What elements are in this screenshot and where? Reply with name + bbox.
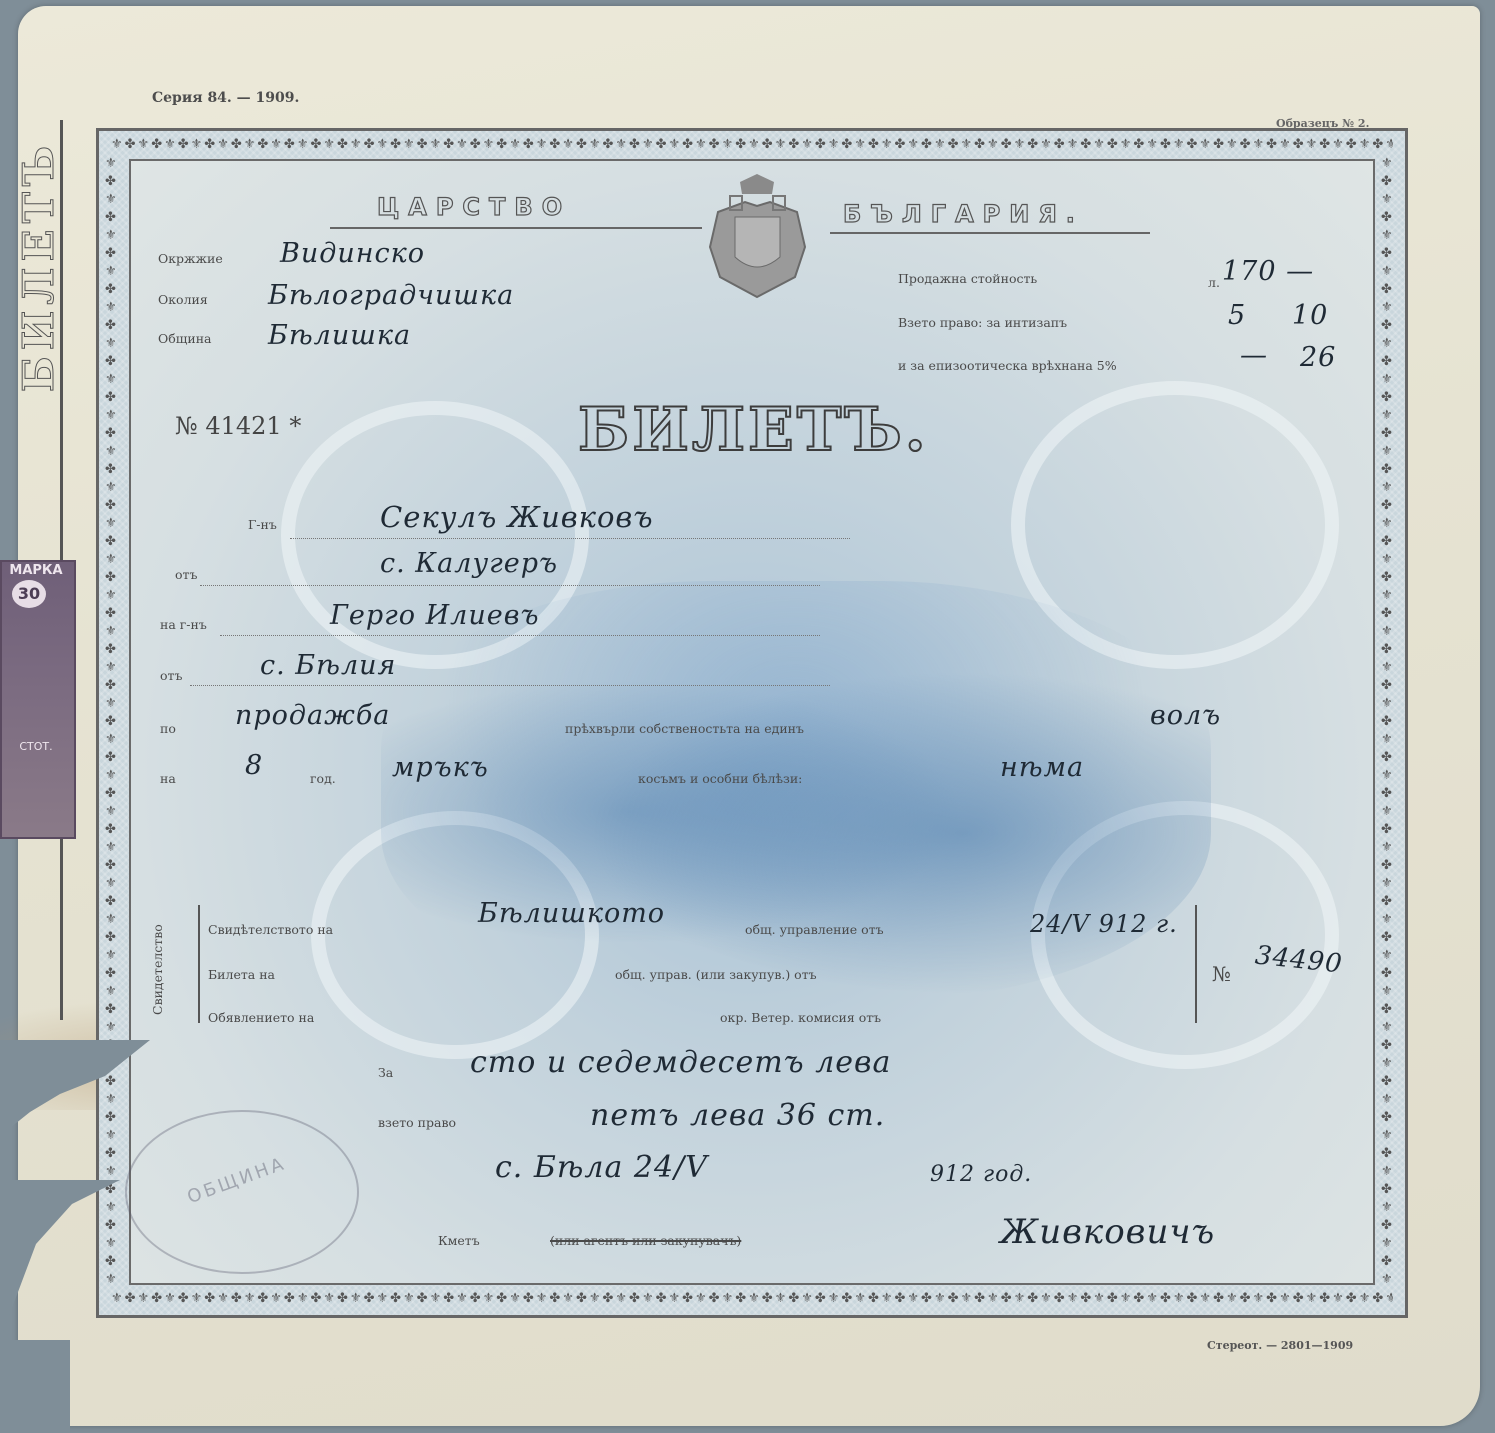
vet-fee-stotinki: 26: [1300, 342, 1336, 373]
buyer-line: [220, 635, 820, 636]
vet-fee-label: и за епизоотическа врѣхнана 5%: [898, 358, 1117, 373]
municipality-value: Бѣлишка: [268, 320, 411, 351]
engraved-livestock-scene: [381, 581, 1211, 1001]
sale-value-unit: л.: [1208, 275, 1220, 290]
hair-label: косъмъ и особни бѣлѣзи:: [638, 771, 802, 786]
cert-row3-label: Обявлението на: [208, 1010, 314, 1025]
vet-fee-leva: —: [1240, 340, 1268, 371]
place-date-year: 912 год.: [930, 1162, 1032, 1187]
coat-of-arms-icon: [700, 172, 815, 302]
age-unit: год.: [310, 771, 336, 786]
cert-bracket: [198, 905, 200, 1023]
cert-row2-label: Билета на: [208, 967, 275, 982]
title-rule-left: [330, 227, 702, 229]
color-value: мръкъ: [392, 752, 489, 783]
stereotype-label: Стереот. — 2801—1909: [1207, 1339, 1353, 1352]
mayor-label: Кметъ: [438, 1233, 480, 1248]
document-title: БИЛЕТЪ.: [578, 395, 929, 465]
from-label-1: отъ: [175, 567, 197, 582]
payment-for-label: За: [378, 1065, 393, 1080]
buyer-label: на г-нъ: [160, 617, 207, 632]
fee-stotinki: 10: [1292, 300, 1328, 331]
sale-value-label: Продажна стойность: [898, 271, 1037, 286]
payment-fee-label: взето право: [378, 1115, 456, 1130]
cert-row1-value: Бѣлишкото: [478, 898, 665, 929]
mayor-signature: Живковичъ: [1000, 1212, 1215, 1252]
ornamental-border-bottom: ⚜✤⚜✤⚜✤⚜✤⚜✤⚜✤⚜✤⚜✤⚜✤⚜✤⚜✤⚜✤⚜✤⚜✤⚜✤⚜✤⚜✤⚜✤⚜✤⚜✤…: [111, 1291, 1393, 1309]
country-label: БЪЛГАРИЯ.: [843, 200, 1084, 228]
payment-for-value: сто и седемдесетъ лева: [470, 1045, 891, 1080]
animal-value: волъ: [1150, 700, 1221, 731]
cert-row2-suffix: общ. управ. (или закупув.) отъ: [615, 967, 817, 982]
kingdom-label: ЦАРСТВО: [377, 193, 571, 221]
series-label: Серия 84. — 1909.: [152, 90, 299, 106]
ornamental-border-top: ⚜✤⚜✤⚜✤⚜✤⚜✤⚜✤⚜✤⚜✤⚜✤⚜✤⚜✤⚜✤⚜✤⚜✤⚜✤⚜✤⚜✤⚜✤⚜✤⚜✤…: [111, 137, 1393, 155]
seller-line: [290, 538, 850, 539]
stamp-bottom-text: СТОТ.: [2, 740, 70, 753]
transfer-text: прѣхвърли собственостьта на единъ: [565, 721, 804, 736]
struck-alternatives: (или агентъ или закупувачъ): [550, 1233, 741, 1248]
ticket-number: № 41421 *: [175, 412, 301, 440]
cert-side-label: Свидетелство: [150, 924, 165, 1015]
by-value: продажба: [235, 700, 390, 731]
cert-number-divider: [1195, 905, 1197, 1023]
title-rule-right: [830, 232, 1150, 234]
fee-leva: 5: [1228, 300, 1246, 331]
sale-value: 170 —: [1222, 256, 1314, 287]
district-label: Окржжие: [158, 251, 223, 266]
county-value: Бѣлоградчишка: [268, 280, 514, 311]
seller-label: Г-нъ: [248, 517, 277, 532]
from-line-1: [200, 585, 820, 586]
cert-row1-suffix: общ. управление отъ: [745, 922, 884, 937]
by-label: по: [160, 721, 176, 736]
marks-value: нѣма: [1000, 752, 1084, 783]
cert-row1-date: 24/V 912 г.: [1030, 910, 1178, 938]
ornamental-border-right: ⚜✤⚜✤⚜✤⚜✤⚜✤⚜✤⚜✤⚜✤⚜✤⚜✤⚜✤⚜✤⚜✤⚜✤⚜✤⚜✤⚜✤⚜✤⚜✤⚜✤…: [1381, 155, 1399, 1291]
cert-row1-label: Свидѣтелството на: [208, 922, 333, 937]
torn-edge: [0, 1340, 70, 1433]
place-date: с. Бѣла 24/V: [495, 1150, 708, 1185]
municipal-seal: [125, 1110, 359, 1274]
seller-value: Секулъ Живковъ: [380, 500, 654, 534]
cert-row3-suffix: окр. Ветер. комисия отъ: [720, 1010, 881, 1025]
payment-fee-value: петъ лева 36 ст.: [590, 1098, 885, 1133]
buyer-value: Герго Илиевъ: [330, 600, 539, 631]
from-label-2: отъ: [160, 668, 182, 683]
from-value-1: с. Калугеръ: [380, 548, 558, 579]
stamp-value: 30: [12, 580, 46, 608]
from-value-2: с. Бѣлия: [260, 650, 396, 681]
cert-number-label: №: [1212, 962, 1231, 986]
from-line-2: [190, 685, 830, 686]
age-label: на: [160, 771, 176, 786]
stub-lettering: БИЛЕТЪ: [14, 140, 54, 392]
stamp-top-text: МАРКА: [2, 563, 70, 578]
ornamental-border-left: ⚜✤⚜✤⚜✤⚜✤⚜✤⚜✤⚜✤⚜✤⚜✤⚜✤⚜✤⚜✤⚜✤⚜✤⚜✤⚜✤⚜✤⚜✤⚜✤⚜✤…: [105, 155, 123, 1291]
fee-label: Взето право: за интизапъ: [898, 315, 1067, 330]
municipality-label: Община: [158, 331, 212, 346]
county-label: Околия: [158, 292, 208, 307]
district-value: Видинско: [280, 238, 425, 269]
age-value: 8: [245, 750, 263, 781]
